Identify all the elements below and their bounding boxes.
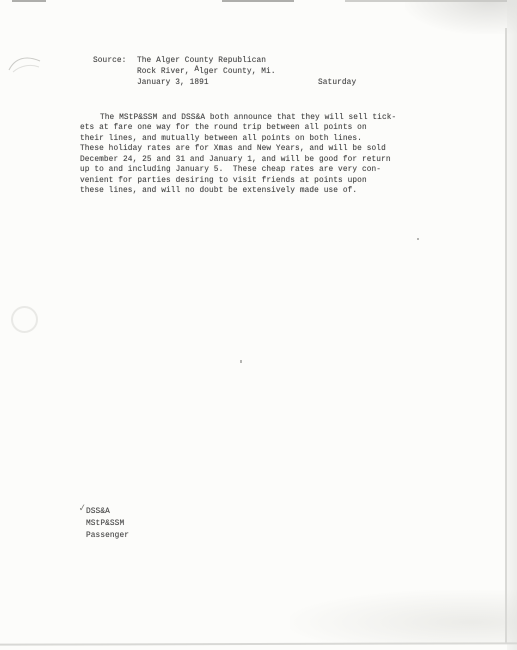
source-day: Saturday <box>318 78 356 89</box>
scanned-document-page: Source: The Alger County Republican Rock… <box>0 0 517 650</box>
source-location-prefix: Rock River, <box>137 68 194 76</box>
paragraph-line: these lines, and will no doubt be extens… <box>80 186 410 196</box>
scan-edge-mark <box>12 0 46 2</box>
paragraph-line: These holiday rates are for Xmas and New… <box>80 144 410 154</box>
paper-edge-shading <box>507 0 517 650</box>
paragraph-line: their lines, and mutually between all po… <box>80 134 410 144</box>
article-paragraph: The MStP&SSM and DSS&A both announce tha… <box>80 113 410 197</box>
scan-speck <box>240 360 242 363</box>
scan-edge-mark <box>222 0 294 2</box>
source-publication: The Alger County Republican <box>137 56 266 67</box>
paragraph-line: up to and including January 5. These che… <box>80 165 410 175</box>
index-annotations: DSS&A MStP&SSM Passenger <box>86 506 129 542</box>
paragraph-line: The MStP&SSM and DSS&A both announce tha… <box>80 113 410 123</box>
source-location: Rock River, Alger County, Mi. <box>137 67 276 78</box>
punch-hole-shadow <box>11 306 38 333</box>
paper-edge-line <box>505 28 507 644</box>
pencil-mark <box>6 50 44 78</box>
annotation-line: Passenger <box>86 530 129 542</box>
scan-smudge <box>290 590 517 644</box>
paragraph-line: ets at fare one way for the round trip b… <box>80 123 410 133</box>
source-location-suffix: lger County, Mi. <box>199 68 275 76</box>
annotation-line: MStP&SSM <box>86 518 129 530</box>
source-location-raised-a: A <box>194 66 199 74</box>
annotation-line: DSS&A <box>86 506 129 518</box>
paragraph-line: December 24, 25 and 31 and January 1, an… <box>80 155 410 165</box>
scan-speck <box>417 238 419 240</box>
paper-edge-line <box>0 642 517 645</box>
source-label: Source: <box>93 56 126 67</box>
paragraph-line: venient for parties desiring to visit fr… <box>80 176 410 186</box>
source-date: January 3, 1891 <box>137 78 209 89</box>
scan-smudge <box>405 0 517 34</box>
